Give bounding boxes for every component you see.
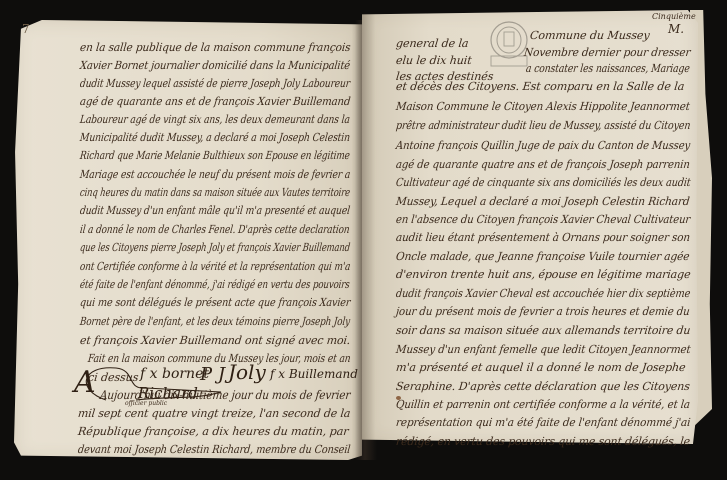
text-line: Mariage est accouchée le neuf du présent… [79, 169, 350, 180]
seal-stamp-icon [487, 20, 531, 68]
margin-line: general de la [395, 38, 469, 49]
text-line: jour du présent mois de fevrier a trois … [395, 306, 690, 317]
text-line: Municipalité dudit Mussey, a declaré a m… [79, 132, 350, 143]
text-line: Seraphine. D'après cette déclaration que… [395, 381, 690, 392]
text-line: d'environ trente huit ans, épouse en lég… [395, 269, 691, 280]
text-line: Quillin et parrenin ont certifiée confor… [395, 399, 690, 410]
margin-line: elu le dix huit [395, 55, 472, 66]
text-line: m'a présenté et auquel il a donné le nom… [395, 362, 686, 373]
page-number-label: Cinquième [652, 12, 696, 21]
text-line: en la salle publique de la maison commun… [79, 42, 351, 53]
text-line: Cultivateur agé de cinquante six ans dom… [395, 177, 691, 188]
page-number-mark: M. [668, 22, 684, 36]
text-line: que les Citoyens pierre Joseph Joly et f… [79, 242, 350, 253]
text-line: Xavier Bornet journalier domicilié dans … [79, 60, 350, 71]
text-line: et décès des Citoyens. Est comparu en la… [395, 81, 684, 92]
text-line: soir dans sa maison située aux allemands… [395, 325, 690, 336]
text-line: Oncle malade, que Jeanne françoise Vuile… [395, 251, 690, 262]
text-line: Laboureur agé de vingt six ans, les deux… [79, 114, 350, 125]
text-line: a constater les naissances, Mariage [525, 63, 690, 74]
text-line: Antoine françois Quillin Juge de paix du… [395, 140, 690, 151]
text-line: Bornet père de l'enfant, et les deux tém… [79, 316, 350, 327]
decorated-initial: A [74, 365, 96, 400]
text-line: audit lieu étant présentement à Ornans p… [395, 232, 690, 243]
text-line: Mussey, Lequel a declaré a moi Joseph Ce… [395, 196, 690, 207]
text-line: il a donné le nom de Charles Fenel. D'ap… [79, 224, 350, 235]
text-line: Commune du Mussey [529, 30, 650, 41]
text-line: Maison Commune le Citoyen Alexis Hippoli… [395, 101, 690, 112]
text-line: Novembre dernier pour dresser [523, 47, 691, 58]
folio-mark: 7 [22, 22, 30, 36]
text-line: agé de quarante ans et de françois Xavie… [79, 96, 351, 107]
text-line: République françoise, a dix heures du ma… [77, 426, 349, 437]
text-line: dudit Mussey lequel assisté de pierre Jo… [79, 78, 350, 89]
text-line: cinq heures du matin dans sa maison situ… [79, 187, 350, 198]
text-line: rédigé, en vertu des pouvoirs qui me son… [395, 436, 690, 447]
text-line: dudit françois Xavier Cheval est accouch… [395, 288, 690, 299]
document-scan: 7 en la salle publique de la maison comm… [0, 0, 727, 480]
signature-joly: Joly [228, 360, 266, 384]
text-line: devant moi Joseph Celestin Richard, memb… [77, 444, 350, 455]
signature-buillemand: f x Buillemand [270, 367, 358, 381]
text-line: prêtre administrateur dudit lieu de Muss… [395, 120, 691, 131]
text-line: mil sept cent quatre vingt treize, l'an … [77, 408, 350, 419]
text-line: Richard que Marie Melanie Bulthieux son … [79, 150, 350, 161]
text-line: Aujourd'hui dix-huitième jour du mois de… [99, 389, 351, 401]
text-line: été faite de l'enfant dénommé, j'ai rédi… [79, 279, 350, 290]
text-line: en l'absence du Citoyen françois Xavier … [395, 214, 690, 225]
text-line: Mussey d'un enfant femelle que ledit Cit… [395, 344, 691, 355]
text-line: et françois Xavier Buillemand ont signé … [79, 335, 350, 346]
text-line: qui me sont délégués le présent acte que… [79, 297, 350, 308]
ink-stain [396, 396, 401, 400]
text-line: agé de quarante quatre ans et de françoi… [395, 159, 690, 170]
text-line: dudit Mussey d'un enfant mâle qu'il m'a … [79, 205, 350, 216]
text-line: ont Certifiée conforme à la vérité et la… [79, 261, 350, 272]
text-line: représentation qui m'a été faite de l'en… [395, 417, 690, 428]
